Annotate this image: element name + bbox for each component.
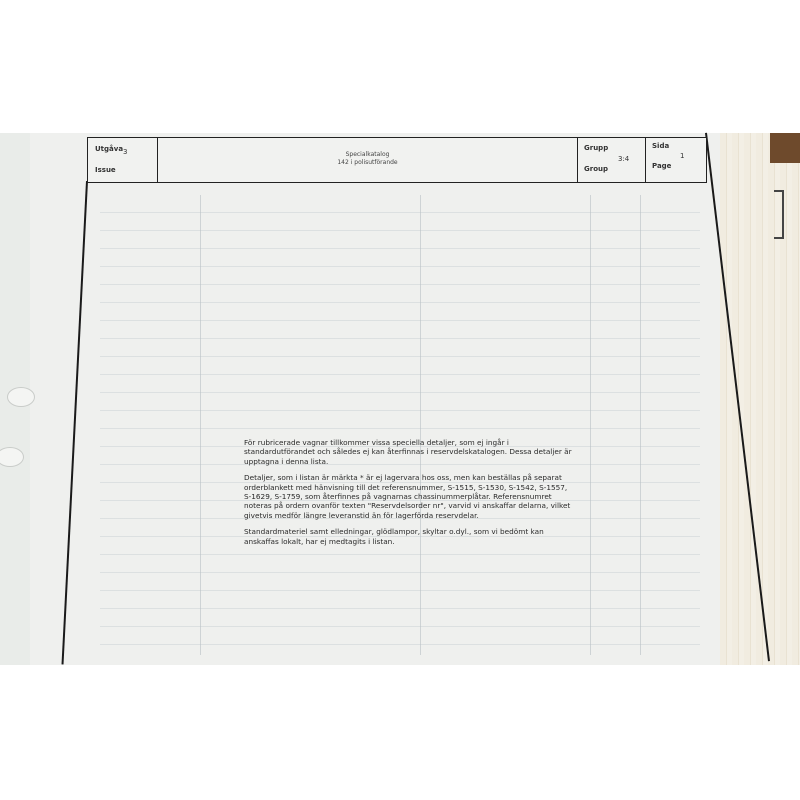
bleed-through-column bbox=[420, 195, 421, 655]
catalog-title: Specialkatalog 142 i polisutförande bbox=[158, 151, 577, 167]
page-cell: Sida 1 Page bbox=[646, 138, 706, 182]
page-label-en: Page bbox=[652, 162, 671, 170]
punch-hole bbox=[7, 387, 35, 407]
bleed-through-column bbox=[640, 195, 641, 655]
bleed-through-column bbox=[590, 195, 591, 655]
title-line-1: Specialkatalog bbox=[158, 151, 577, 159]
issue-value: 3 bbox=[123, 148, 127, 156]
title-line-2: 142 i polisutförande bbox=[158, 159, 577, 167]
issue-cell: Utgåva 3 Issue bbox=[88, 138, 158, 182]
bleed-through-column bbox=[200, 195, 201, 655]
group-value: 3:4 bbox=[618, 155, 629, 163]
binder-corner bbox=[770, 133, 800, 163]
notice-paragraph: För rubricerade vagnar tillkommer vissa … bbox=[244, 438, 574, 466]
title-cell: Specialkatalog 142 i polisutförande bbox=[158, 138, 578, 182]
notice-paragraph: Standardmateriel samt elledningar, glödl… bbox=[244, 527, 574, 546]
group-label-en: Group bbox=[584, 165, 608, 173]
issue-label-sv: Utgåva bbox=[95, 145, 123, 153]
document-header: Utgåva 3 Issue Specialkatalog 142 i poli… bbox=[87, 137, 707, 183]
page-label-sv: Sida bbox=[652, 142, 669, 150]
notice-paragraph: Detaljer, som i listan är märkta * är ej… bbox=[244, 473, 574, 520]
notice-text-block: För rubricerade vagnar tillkommer vissa … bbox=[244, 438, 574, 553]
page-value: 1 bbox=[680, 152, 684, 160]
issue-label-en: Issue bbox=[95, 166, 116, 174]
group-cell: Grupp 3:4 Group bbox=[578, 138, 646, 182]
bleed-through-table bbox=[100, 195, 700, 655]
binder-clip bbox=[774, 190, 784, 239]
group-label-sv: Grupp bbox=[584, 144, 608, 152]
